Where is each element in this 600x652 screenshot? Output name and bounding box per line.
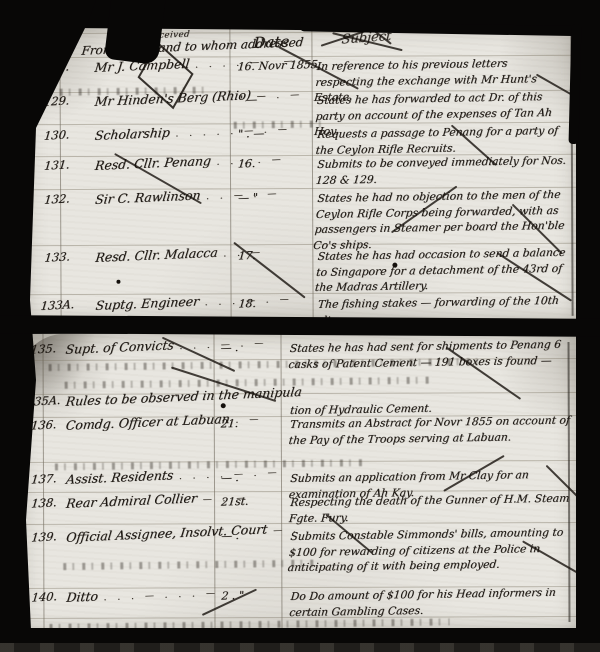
ledger-page-bottom: 135. Supt. of Convicts. . . — . — — . St…	[18, 332, 578, 633]
ink-blot	[392, 263, 397, 268]
entry-date: — .	[220, 471, 239, 485]
bleed-through-marks	[63, 560, 313, 570]
register-row: 137. Assist. Residents. . . . — . — — . …	[19, 470, 578, 472]
ledger-page-top: No. From whom and to whom addressed Rece…	[23, 26, 578, 322]
register-row: 133. Resd. Cllr. Malacca. . — 17. States…	[24, 248, 578, 250]
entry-subject: States he has had occasion to send a bal…	[314, 245, 570, 296]
entry-number: 133A.	[34, 297, 81, 314]
entry-date: 21.	[220, 417, 239, 431]
entry-from: Comdg. Officer at Labuan. —	[65, 411, 227, 433]
ink-blot	[116, 280, 120, 284]
scan-clip-shadow	[104, 0, 166, 65]
register-row: 140. Ditto. . . — . . . — 2 . " Do Do am…	[19, 588, 578, 590]
entry-number: 138.	[24, 495, 63, 511]
register-row: 138. Rear Admiral Collier— . — 21st. Res…	[19, 494, 578, 496]
register-row: 132. Sir C. Rawlinson. . — . — — " State…	[24, 190, 578, 192]
entry-date: 16. Novr 1855.	[237, 58, 322, 74]
dotted-leaders	[301, 389, 308, 399]
register-row: 139. Official Assignee, Insolvt. Court— …	[19, 528, 578, 530]
entry-date: " —	[237, 93, 258, 107]
dotted-leaders: . . . — . . . —	[97, 588, 219, 603]
ink-slash	[233, 242, 305, 299]
dotted-leaders: — . —	[250, 90, 304, 102]
entry-date: 18.	[238, 297, 257, 311]
entry-subject: Do Do amount of $100 for his Head inform…	[289, 585, 576, 621]
bleed-through-marks	[234, 120, 324, 128]
entry-number: 137.	[24, 471, 63, 487]
entry-date: — "	[238, 191, 259, 205]
entry-subject: Submits Constable Simmonds' bills, amoun…	[287, 525, 575, 576]
entry-date: 16.	[237, 157, 256, 171]
entry-subject: Transmits an Abstract for Novr 1855 on a…	[288, 413, 575, 449]
column-rule	[229, 27, 231, 321]
scan-border-bottom-texture	[0, 643, 600, 652]
entry-subject: Submits to be conveyed immediately for N…	[315, 153, 570, 188]
scanned-register-page: No. From whom and to whom addressed Rece…	[0, 0, 600, 652]
entry-date: — .	[220, 341, 239, 355]
entry-number: 133.	[34, 249, 81, 266]
entry-from: Resd. Cllr. Malacca. . —	[95, 243, 247, 264]
entry-from: Ditto. . . — . . . —	[66, 583, 220, 604]
ink-blot	[221, 403, 226, 408]
scan-border-middle	[0, 315, 600, 337]
entry-number: 140.	[25, 589, 64, 605]
entry-from: Official Assignee, Insolvt. Court— .	[65, 523, 227, 545]
entry-number: 132.	[33, 191, 80, 208]
entry-number: 131.	[33, 157, 80, 174]
entry-number: 139.	[25, 529, 64, 545]
register-row: 135. Supt. of Convicts. . . — . — — . St…	[19, 340, 578, 342]
entry-date: — .	[221, 529, 240, 543]
register-row: 136. Comdg. Officer at Labuan. — 21. Tra…	[19, 416, 578, 418]
entry-date: 21st.	[220, 495, 249, 509]
entry-date: " . —	[237, 127, 265, 141]
entry-number: 130.	[33, 127, 80, 144]
